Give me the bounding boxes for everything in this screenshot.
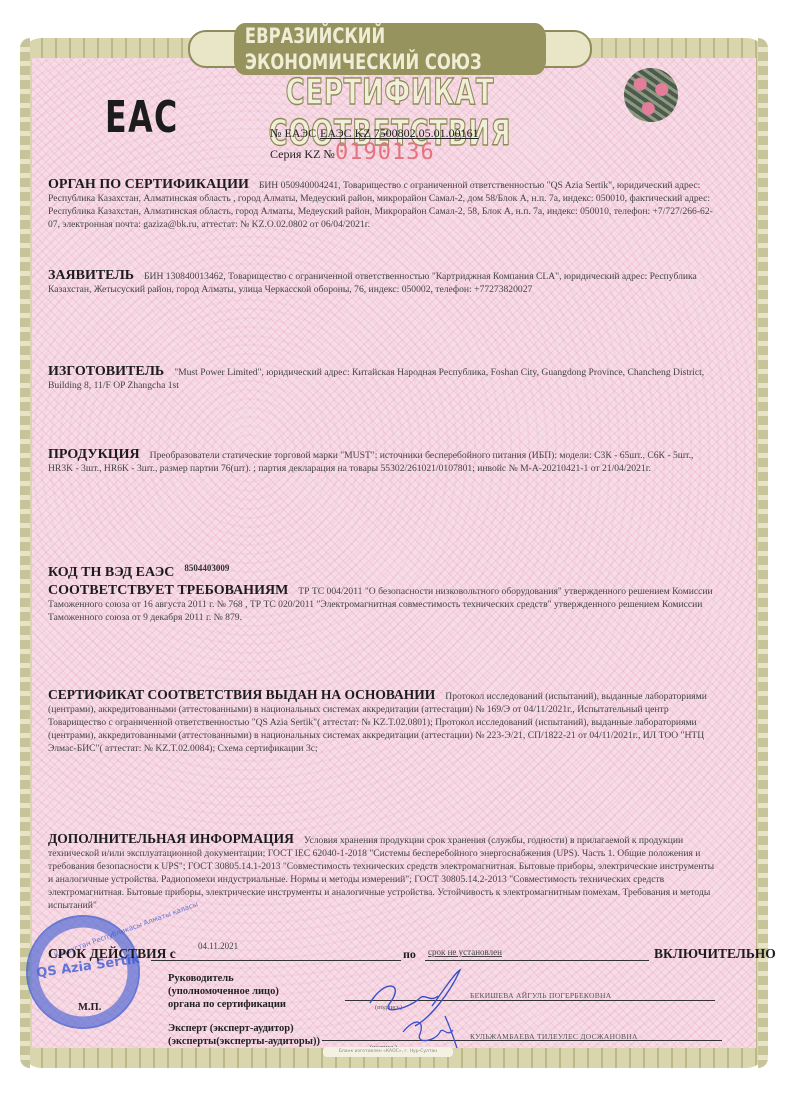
- validity-to: срок не установлен: [428, 947, 502, 957]
- tn-ved-code-value: 8504403009: [184, 563, 229, 573]
- head-signer-name: БЕКИШЕВА АЙГУЛЬ ПОГЕРБЕКОВНА: [470, 991, 611, 1000]
- validity-from: 04.11.2021: [198, 941, 238, 951]
- section-heading: ИЗГОТОВИТЕЛЬ: [48, 364, 164, 379]
- frame-border-right: [758, 38, 768, 1068]
- hologram-seal-icon: [624, 68, 678, 122]
- expert-signer-role: Эксперт (эксперт-аудитор) (эксперты(эксп…: [168, 1022, 320, 1048]
- expert-signature-icon: [395, 1012, 465, 1052]
- validity-inclusive: ВКЛЮЧИТЕЛЬНО: [654, 946, 776, 962]
- stamp-place-label: М.П.: [78, 1002, 101, 1013]
- series-label: Серия KZ №: [270, 147, 335, 162]
- section-tn-ved-code: КОД ТН ВЭД ЕАЭС8504403009: [48, 562, 716, 580]
- validity-from-line: [151, 960, 401, 961]
- frame-border-left: [20, 38, 30, 1068]
- section-heading: ЗАЯВИТЕЛЬ: [48, 268, 134, 283]
- section-additional-info: ДОПОЛНИТЕЛЬНАЯ ИНФОРМАЦИЯУсловия хранени…: [48, 832, 716, 912]
- role-line: Руководитель: [168, 972, 286, 985]
- role-line: (уполномоченное лицо): [168, 985, 286, 998]
- certificate-number: ЕАЭС KZ 7500802.05.01.00161: [320, 126, 505, 141]
- section-manufacturer: ИЗГОТОВИТЕЛЬ"Must Power Limited", юридич…: [48, 365, 716, 392]
- section-text: Условия хранения продукции срок хранения…: [48, 835, 714, 911]
- head-signer-role: Руководитель (уполномоченное лицо) орган…: [168, 972, 286, 1011]
- section-applicant: ЗАЯВИТЕЛЬБИН 130840013462, Товарищество …: [48, 269, 716, 296]
- form-printer-note: Бланк изготовлен «КАОС», г. Нур-Султан: [323, 1047, 453, 1057]
- validity-to-line: [425, 960, 649, 961]
- section-issue-basis: СЕРТИФИКАТ СООТВЕТСТВИЯ ВЫДАН НА ОСНОВАН…: [48, 688, 716, 755]
- section-product: ПРОДУКЦИЯПреобразователи статические тор…: [48, 448, 716, 475]
- union-name: ЕВРАЗИЙСКИЙ ЭКОНОМИЧЕСКИЙ СОЮЗ: [234, 23, 546, 75]
- section-heading: ПРОДУКЦИЯ: [48, 447, 140, 462]
- section-text: Преобразователи статические торговой мар…: [48, 450, 693, 474]
- role-line: (эксперты(эксперты-аудиторы)): [168, 1035, 320, 1048]
- section-requirements: СООТВЕТСТВУЕТ ТРЕБОВАНИЯМТР ТС 004/2011 …: [48, 584, 716, 624]
- role-line: органа по сертификации: [168, 998, 286, 1011]
- section-certification-body: ОРГАН ПО СЕРТИФИКАЦИИБИН 050940004241, Т…: [48, 178, 716, 231]
- section-heading: СООТВЕТСТВУЕТ ТРЕБОВАНИЯМ: [48, 583, 288, 598]
- role-line: Эксперт (эксперт-аудитор): [168, 1022, 320, 1035]
- number-label: № ЕАЭС: [270, 126, 316, 141]
- eac-logo-icon: EAC: [105, 92, 179, 143]
- section-heading: СЕРТИФИКАТ СООТВЕТСТВИЯ ВЫДАН НА ОСНОВАН…: [48, 687, 435, 702]
- section-text: БИН 130840013462, Товарищество с огранич…: [48, 271, 697, 295]
- section-heading: ДОПОЛНИТЕЛЬНАЯ ИНФОРМАЦИЯ: [48, 831, 294, 846]
- expert-signer-name: КУЛЬЖАМБАЕВА ТИЛЕУЛЕС ДОСЖАНОВНА: [470, 1032, 638, 1041]
- series-number: 0190136: [335, 140, 435, 165]
- validity-period: СРОК ДЕЙСТВИЯ с 04.11.2021 по срок не ус…: [48, 944, 716, 964]
- section-heading: КОД ТН ВЭД ЕАЭС: [48, 565, 174, 580]
- validity-to-label: по: [403, 947, 416, 962]
- union-banner: ЕВРАЗИЙСКИЙ ЭКОНОМИЧЕСКИЙ СОЮЗ: [188, 30, 592, 68]
- section-heading: ОРГАН ПО СЕРТИФИКАЦИИ: [48, 177, 249, 192]
